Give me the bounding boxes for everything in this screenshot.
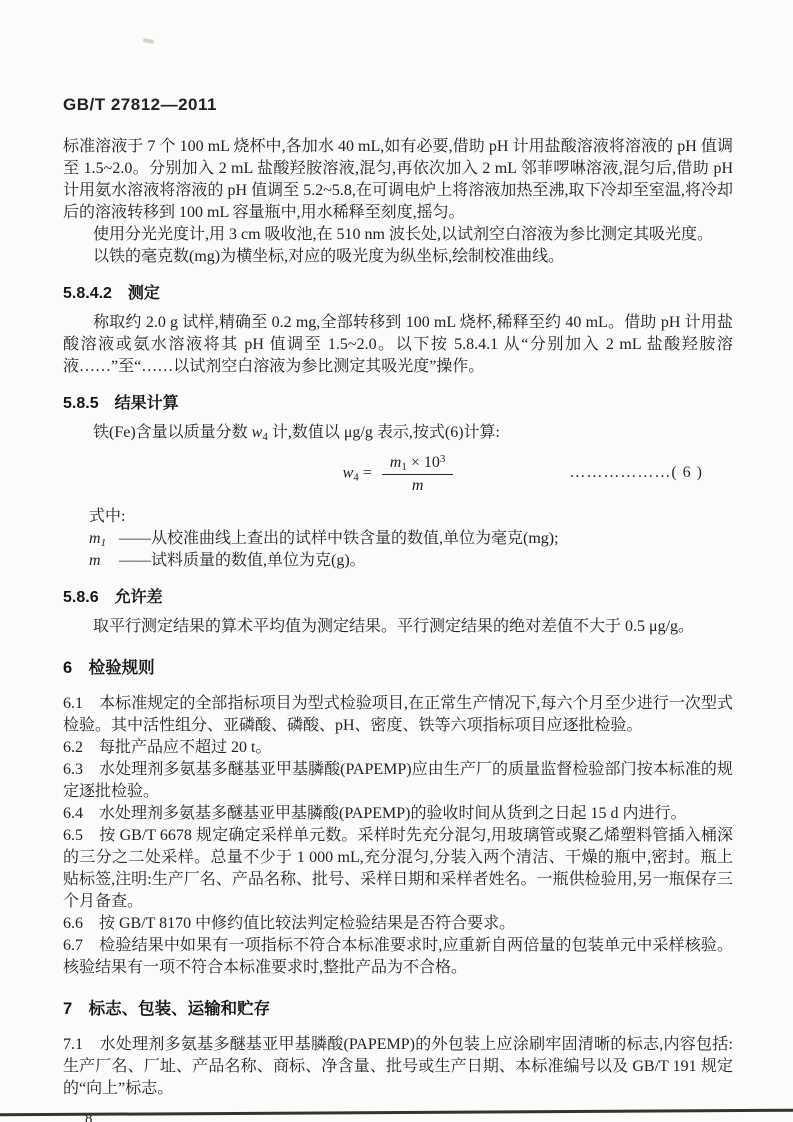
equation-intro-pre: 铁(Fe)含量以质量分数 (93, 424, 252, 441)
symbol-base: m (89, 530, 101, 547)
chapter-heading-6: 6 检验规则 (63, 657, 733, 679)
equation-lhs: w (343, 465, 354, 482)
clause-6-7: 6.7 检验结果中如果有一项指标不符合本标准要求时,应重新自两倍量的包装单元中采… (63, 935, 733, 979)
equation-intro-post: 计,数值以 μg/g 表示,按式(6)计算: (268, 424, 500, 441)
section-heading-5-8-5: 5.8.5 结果计算 (63, 393, 733, 415)
paragraph-equation-intro: 铁(Fe)含量以质量分数 w4 计,数值以 μg/g 表示,按式(6)计算: (63, 422, 733, 444)
numerator-variable: m (390, 454, 402, 471)
symbol-sub: 1 (101, 537, 107, 549)
equation-intro-variable: w (252, 424, 263, 441)
definition-text: ——试料质量的数值,单位为克(g)。 (119, 552, 366, 569)
equation-6-expression: w4 = m1 × 103m (343, 453, 454, 495)
definition-symbol: m1 (89, 528, 119, 550)
denominator-variable: m (412, 477, 424, 494)
fraction-denominator: m (382, 475, 454, 495)
fraction-numerator: m1 × 103 (382, 453, 454, 475)
running-header-doc-number: GB/T 27812—2011 (63, 94, 733, 116)
equals-sign: = (359, 465, 376, 482)
fraction: m1 × 103m (382, 453, 454, 495)
equation-6: w4 = m1 × 103m ………………( 6 ) (63, 448, 733, 500)
chapter-heading-7: 7 标志、包装、运输和贮存 (63, 998, 733, 1020)
definition-m: m——试料质量的数值,单位为克(g)。 (89, 550, 733, 572)
numerator-exponent: 3 (440, 453, 446, 465)
section-heading-5-8-6: 5.8.6 允许差 (63, 587, 733, 609)
symbol-base: m (89, 552, 101, 569)
section-heading-5-8-4-2: 5.8.4.2 测定 (63, 283, 733, 305)
paragraph-standard-solution: 标准溶液于 7 个 100 mL 烧杯中,各加水 40 mL,如有必要,借助 p… (63, 136, 733, 224)
clause-6-2: 6.2 每批产品应不超过 20 t。 (63, 737, 733, 759)
definition-text: ——从校准曲线上查出的试样中铁含量的数值,单位为毫克(mg); (119, 530, 559, 547)
clause-6-6: 6.6 按 GB/T 8170 中修约值比较法判定检验结果是否符合要求。 (63, 913, 733, 935)
dotted-leader: ……………… (569, 464, 671, 481)
equation-number: ( 6 ) (671, 464, 703, 481)
paragraph-calibration-curve: 以铁的毫克数(mg)为横坐标,对应的吸光度为纵坐标,绘制校准曲线。 (63, 246, 733, 268)
where-label: 式中: (89, 506, 733, 528)
paragraph-5-8-4-2: 称取约 2.0 g 试样,精确至 0.2 mg,全部转移到 100 mL 烧杯,… (63, 312, 733, 378)
page-content: GB/T 27812—2011 标准溶液于 7 个 100 mL 烧杯中,各加水… (63, 0, 733, 1122)
clause-6-5: 6.5 按 GB/T 6678 规定确定采样单元数。采样时先充分混匀,用玻璃管或… (63, 825, 733, 913)
paragraph-5-8-6: 取平行测定结果的算术平均值为测定结果。平行测定结果的绝对差值不大于 0.5 μg… (63, 616, 733, 638)
equation-reference: ………………( 6 ) (569, 464, 703, 482)
clause-7-1: 7.1 水处理剂多氨基多醚基亚甲基膦酸(PAPEMP)的外包装上应涂刷牢固清晰的… (63, 1034, 733, 1100)
definition-m1: m1——从校准曲线上查出的试样中铁含量的数值,单位为毫克(mg); (89, 528, 733, 550)
numerator-factor: × 10 (407, 454, 440, 471)
definition-symbol: m (89, 550, 119, 572)
clause-6-1: 6.1 本标准规定的全部指标项目为型式检验项目,在正常生产情况下,每六个月至少进… (63, 693, 733, 737)
paragraph-spectrophotometer: 使用分光光度计,用 3 cm 吸收池,在 510 nm 波长处,以试剂空白溶液为… (63, 224, 733, 246)
clause-6-3: 6.3 水处理剂多氨基多醚基亚甲基膦酸(PAPEMP)应由生产厂的质量监督检验部… (63, 759, 733, 803)
clause-6-4: 6.4 水处理剂多氨基多醚基亚甲基膦酸(PAPEMP)的验收时间从货到之日起 1… (63, 803, 733, 825)
document-page: GB/T 27812—2011 标准溶液于 7 个 100 mL 烧杯中,各加水… (0, 0, 793, 1122)
